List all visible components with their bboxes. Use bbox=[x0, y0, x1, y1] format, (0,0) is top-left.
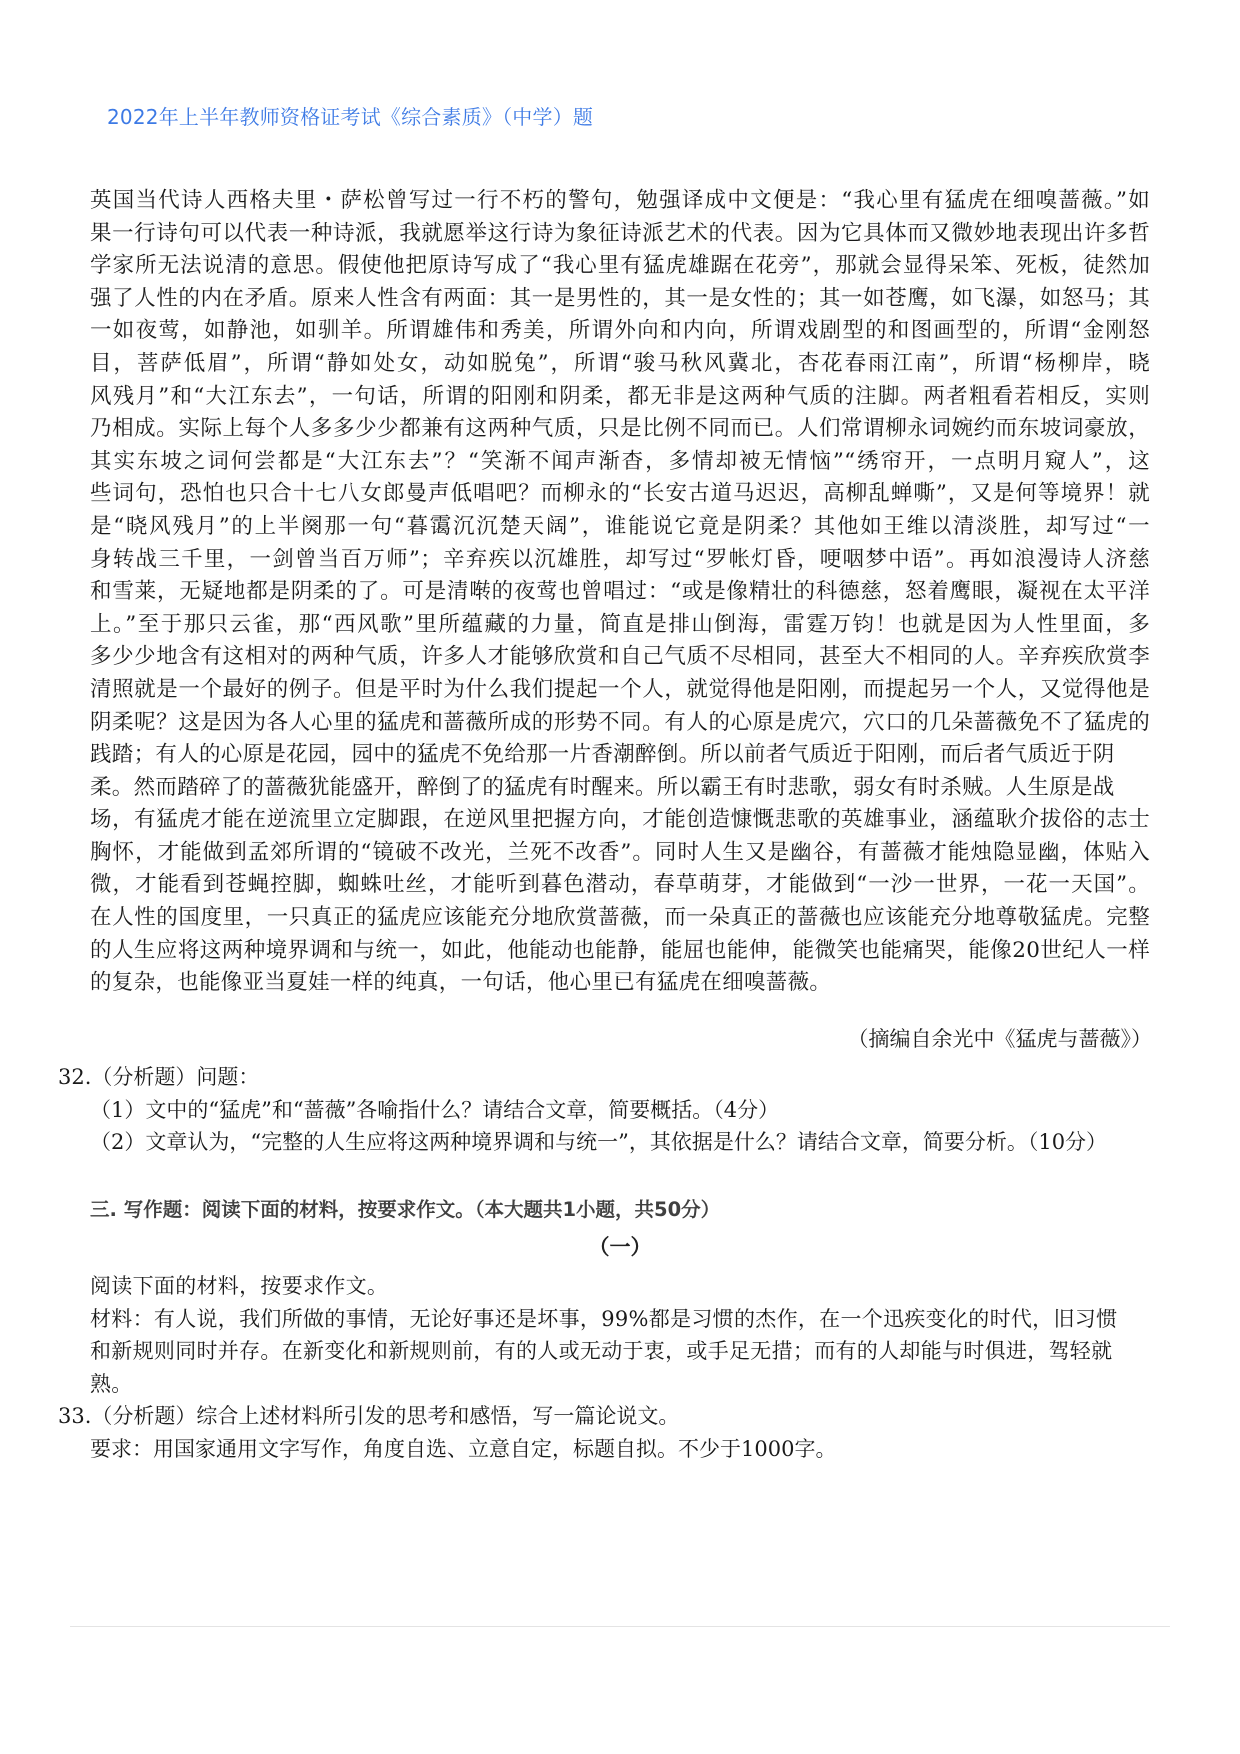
material-line: 熟。 bbox=[90, 1368, 1150, 1401]
question-33-head: 33.（分析题）综合上述材料所引发的思考和感悟，写一篇论说文。 bbox=[58, 1400, 836, 1433]
passage-line: 果一行诗句可以代表一种诗派，我就愿举这行诗为象征诗派艺术的代表。因为它具体而又微… bbox=[90, 218, 1150, 251]
writing-material: 阅读下面的材料，按要求作文。 材料：有人说，我们所做的事情，无论好事还是坏事，9… bbox=[90, 1270, 1150, 1400]
passage-line: 在人性的国度里，一只真正的猛虎应该能充分地欣赏蔷薇，而一朵真正的蔷薇也应该能充分… bbox=[90, 902, 1150, 935]
question-32-sub-1: （1）文中的“猛虎”和“蔷薇”各喻指什么？请结合文章，简要概括。（4分） bbox=[58, 1094, 1158, 1127]
reading-passage: 英国当代诗人西格夫里・萨松曾写过一行不朽的警句，勉强译成中文便是：“我心里有猛虎… bbox=[90, 185, 1150, 1000]
passage-line: 英国当代诗人西格夫里・萨松曾写过一行不朽的警句，勉强译成中文便是：“我心里有猛虎… bbox=[90, 185, 1150, 218]
passage-line: 一如夜莺，如静池，如驯羊。所谓雄伟和秀美，所谓外向和内向，所谓戏剧型的和图画型的… bbox=[90, 315, 1150, 348]
passage-line: 些词句，恐怕也只合十七八女郎曼声低唱吧？而柳永的“长安古道马迟迟，高柳乱蝉嘶”，… bbox=[90, 478, 1150, 511]
question-32-sub-2: （2）文章认为，“完整的人生应将这两种境界调和与统一”，其依据是什么？请结合文章… bbox=[58, 1126, 1158, 1159]
passage-source: （摘编自余光中《猛虎与蔷薇》） bbox=[848, 1023, 1153, 1053]
passage-line: 柔。然而踏碎了的蔷薇犹能盛开，醉倒了的猛虎有时醒来。所以霸王有时悲歌，弱女有时杀… bbox=[90, 772, 1150, 805]
passage-line: 的人生应将这两种境界调和与统一，如此，他能动也能静，能屈也能伸，能微笑也能痛哭，… bbox=[90, 935, 1150, 968]
passage-line: 践踏；有人的心原是花园，园中的猛虎不免给那一片香潮醉倒。所以前者气质近于阳刚，而… bbox=[90, 739, 1150, 772]
passage-line: 和雪莱，无疑地都是阴柔的了。可是清啭的夜莺也曾唱过：“或是像精壮的科德慈，怒着鹰… bbox=[90, 576, 1150, 609]
passage-line: 微，才能看到苍蝇控脚，蜘蛛吐丝，才能听到暮色潜动，春草萌芽，才能做到“一沙一世界… bbox=[90, 869, 1150, 902]
passage-line: 强了人性的内在矛盾。原来人性含有两面：其一是男性的，其一是女性的；其一如苍鹰，如… bbox=[90, 283, 1150, 316]
material-line: 材料：有人说，我们所做的事情，无论好事还是坏事，99%都是习惯的杰作，在一个迅疾… bbox=[90, 1303, 1150, 1336]
passage-line: 的复杂，也能像亚当夏娃一样的纯真，一句话，他心里已有猛虎在细嗅蔷薇。 bbox=[90, 967, 1150, 1000]
question-32-head: 32.（分析题）问题： bbox=[58, 1061, 1158, 1094]
passage-line: 乃相成。实际上每个人多多少少都兼有这两种气质，只是比例不同而已。人们常谓柳永词婉… bbox=[90, 413, 1150, 446]
passage-line: 清照就是一个最好的例子。但是平时为什么我们提起一个人，就觉得他是阳刚，而提起另一… bbox=[90, 674, 1150, 707]
section-number: （一） bbox=[0, 1231, 1240, 1261]
passage-line: 是“晓风残月”的上半阕那一句“暮霭沉沉楚天阔”，谁能说它竟是阴柔？其他如王维以清… bbox=[90, 511, 1150, 544]
question-33: 33.（分析题）综合上述材料所引发的思考和感悟，写一篇论说文。 要求：用国家通用… bbox=[58, 1400, 836, 1465]
passage-line: 其实东坡之词何尝都是“大江东去”？“笑渐不闻声渐杳，多情却被无情恼”“绣帘开，一… bbox=[90, 446, 1150, 479]
passage-line: 多少少地含有这相对的两种气质，许多人才能够欣赏和自己气质不尽相同，甚至大不相同的… bbox=[90, 641, 1150, 674]
passage-line: 学家所无法说清的意思。假使他把原诗写成了“我心里有猛虎雄踞在花旁”，那就会显得呆… bbox=[90, 250, 1150, 283]
passage-line: 上。”至于那只云雀，那“西风歌”里所蕴藏的力量，简直是排山倒海，雷霆万钧！也就是… bbox=[90, 609, 1150, 642]
passage-line: 场，有猛虎才能在逆流里立定脚跟，在逆风里把握方向，才能创造慷慨悲歌的英雄事业，涵… bbox=[90, 804, 1150, 837]
passage-line: 风残月”和“大江东去”，一句话，所谓的阳刚和阴柔，都无非是这两种气质的注脚。两者… bbox=[90, 381, 1150, 414]
passage-line: 身转战三千里，一剑曾当百万师”；辛弃疾以沉雄胜，却写过“罗帐灯昏，哽咽梦中语”。… bbox=[90, 544, 1150, 577]
writing-instruction: 阅读下面的材料，按要求作文。 bbox=[90, 1270, 1150, 1303]
passage-line: 阴柔呢？这是因为各人心里的猛虎和蔷薇所成的形势不同。有人的心原是虎穴，穴口的几朵… bbox=[90, 707, 1150, 740]
material-line: 和新规则同时并存。在新变化和新规则前，有的人或无动于衷，或手足无措；而有的人却能… bbox=[90, 1335, 1150, 1368]
question-33-requirement: 要求：用国家通用文字写作，角度自选、立意自定，标题自拟。不少于1000字。 bbox=[58, 1433, 836, 1466]
section-heading: 三. 写作题：阅读下面的材料，按要求作文。（本大题共1小题，共50分） bbox=[90, 1194, 720, 1222]
question-32: 32.（分析题）问题： （1）文中的“猛虎”和“蔷薇”各喻指什么？请结合文章，简… bbox=[58, 1061, 1158, 1159]
footer-divider bbox=[70, 1626, 1170, 1627]
passage-line: 目，菩萨低眉”，所谓“静如处女，动如脱兔”，所谓“骏马秋风冀北，杏花春雨江南”，… bbox=[90, 348, 1150, 381]
page-title: 2022年上半年教师资格证考试《综合素质》（中学）题 bbox=[107, 101, 593, 130]
passage-line: 胸怀，才能做到孟郊所谓的“镜破不改光，兰死不改香”。同时人生又是幽谷，有蔷薇才能… bbox=[90, 837, 1150, 870]
